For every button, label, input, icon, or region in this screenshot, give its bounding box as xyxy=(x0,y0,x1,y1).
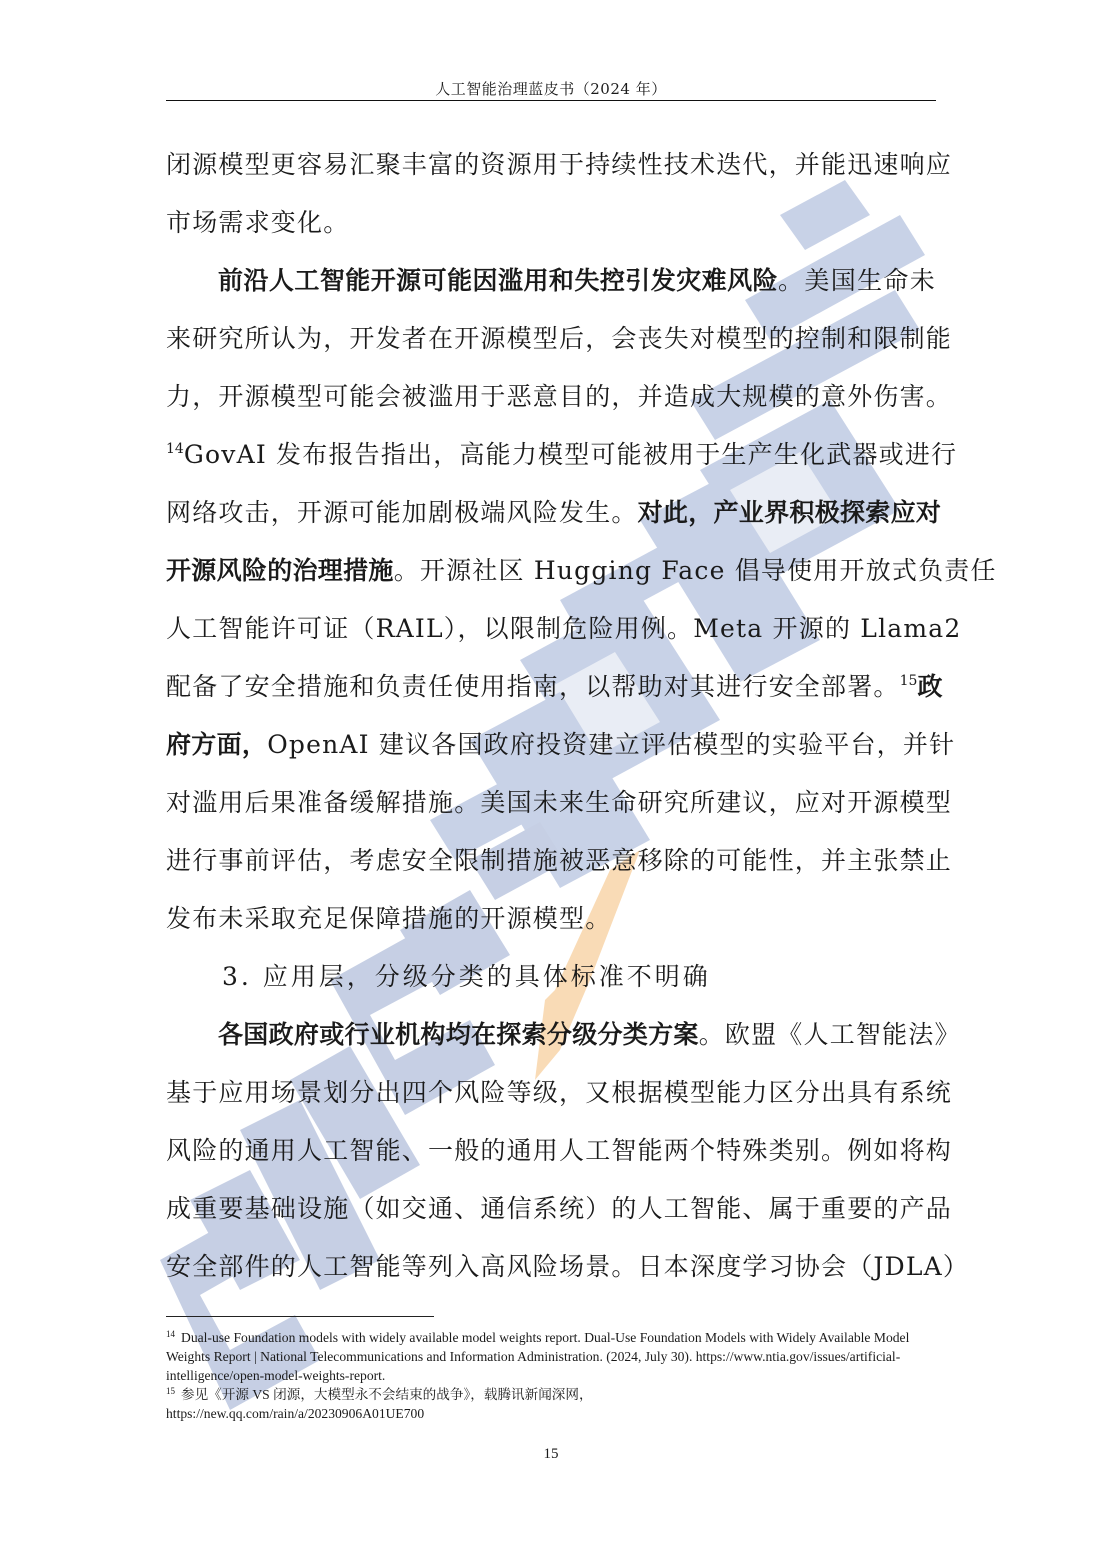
footnote-ref-15[interactable]: 15 xyxy=(900,673,918,689)
footnote-url[interactable]: https://new.qq.com/rain/a/20230906A01UE7… xyxy=(166,1406,424,1421)
bold-lead-sentence: 前沿人工智能开源可能因滥用和失控引发灾难风险 xyxy=(218,266,778,295)
text-span: 配备了安全措施和负责任使用指南，以帮助对其进行安全部署。 xyxy=(166,672,900,701)
text-line: 闭源模型更容易汇聚丰富的资源用于持续性技术迭代，并能迅速响应 xyxy=(166,136,936,194)
running-header: 人工智能治理蓝皮书（2024 年） xyxy=(166,78,936,99)
footnote-number: 14 xyxy=(166,1329,175,1339)
text-span: GovAI 发布报告指出，高能力模型可能被用于生产生化武器或进行 xyxy=(184,440,957,469)
page-number: 15 xyxy=(166,1446,936,1463)
text-line: 来研究所认为，开发者在开源模型后，会丧失对模型的控制和限制能 xyxy=(166,310,936,368)
text-line: 对滥用后果准备缓解措施。美国未来生命研究所建议，应对开源模型 xyxy=(166,774,936,832)
text-line: 基于应用场景划分出四个风险等级，又根据模型能力区分出具有系统 xyxy=(166,1064,936,1122)
text-line: 风险的通用人工智能、一般的通用人工智能两个特殊类别。例如将构 xyxy=(166,1122,936,1180)
footnote-15: 15参见《开源 VS 闭源，大模型永不会结束的战争》，载腾讯新闻深网，https… xyxy=(166,1385,936,1423)
footnote-14: 14Dual-use Foundation models with widely… xyxy=(166,1328,936,1385)
text-line: 各国政府或行业机构均在探索分级分类方案。欧盟《人工智能法》 xyxy=(166,1006,936,1064)
bold-lead-sentence: 政 xyxy=(917,672,942,701)
footnote-number: 15 xyxy=(166,1386,175,1396)
text-span: OpenAI 建议各国政府投资建立评估模型的实验平台，并针 xyxy=(267,730,955,759)
text-line: 进行事前评估，考虑安全限制措施被恶意移除的可能性，并主张禁止 xyxy=(166,832,936,890)
text-line: 14GovAI 发布报告指出，高能力模型可能被用于生产生化武器或进行 xyxy=(166,426,936,484)
text-span: 。开源社区 Hugging Face 倡导使用开放式负责任 xyxy=(394,556,997,585)
text-line: 配备了安全措施和负责任使用指南，以帮助对其进行安全部署。15政 xyxy=(166,658,936,716)
text-line: 成重要基础设施（如交通、通信系统）的人工智能、属于重要的产品 xyxy=(166,1180,936,1238)
text-line: 府方面，OpenAI 建议各国政府投资建立评估模型的实验平台，并针 xyxy=(166,716,936,774)
text-line: 发布未采取充足保障措施的开源模型。 xyxy=(166,890,936,948)
text-span: 。欧盟《人工智能法》 xyxy=(699,1020,961,1049)
footnotes: 14Dual-use Foundation models with widely… xyxy=(166,1328,936,1423)
paragraph-classification: 各国政府或行业机构均在探索分级分类方案。欧盟《人工智能法》 基于应用场景划分出四… xyxy=(166,1006,936,1296)
document-page: 人工智能治理蓝皮书（2024 年） 闭源模型更容易汇聚丰富的资源用于持续性技术迭… xyxy=(0,0,1102,1559)
footnote-text: 参见《开源 VS 闭源，大模型永不会结束的战争》，载腾讯新闻深网， xyxy=(181,1387,593,1402)
text-line: 开源风险的治理措施。开源社区 Hugging Face 倡导使用开放式负责任 xyxy=(166,542,936,600)
text-span: 网络攻击，开源可能加剧极端风险发生。 xyxy=(166,498,638,527)
footnote-ref-14[interactable]: 14 xyxy=(166,441,184,457)
text-line: 人工智能许可证（RAIL），以限制危险用例。Meta 开源的 Llama2 xyxy=(166,600,936,658)
bold-lead-sentence: 对此，产业界积极探索应对 xyxy=(638,498,942,527)
text-line: 市场需求变化。 xyxy=(166,194,936,252)
header-divider xyxy=(166,100,936,101)
text-span: 。美国生命未 xyxy=(778,266,936,295)
body-text: 闭源模型更容易汇聚丰富的资源用于持续性技术迭代，并能迅速响应 市场需求变化。 前… xyxy=(166,136,936,1296)
footnote-text[interactable]: Dual-use Foundation models with widely a… xyxy=(166,1330,909,1383)
text-line: 力，开源模型可能会被滥用于恶意目的，并造成大规模的意外伤害。 xyxy=(166,368,936,426)
paragraph-closed-source: 闭源模型更容易汇聚丰富的资源用于持续性技术迭代，并能迅速响应 市场需求变化。 xyxy=(166,136,936,252)
bold-lead-sentence: 开源风险的治理措施 xyxy=(166,556,394,585)
text-line: 网络攻击，开源可能加剧极端风险发生。对此，产业界积极探索应对 xyxy=(166,484,936,542)
bold-lead-sentence: 各国政府或行业机构均在探索分级分类方案 xyxy=(218,1020,699,1049)
bold-lead-sentence: 府方面， xyxy=(166,730,267,759)
text-line: 安全部件的人工智能等列入高风险场景。日本深度学习协会（JDLA） xyxy=(166,1238,936,1296)
footnote-divider xyxy=(166,1316,434,1317)
text-line: 前沿人工智能开源可能因滥用和失控引发灾难风险。美国生命未 xyxy=(166,252,936,310)
paragraph-open-source-risk: 前沿人工智能开源可能因滥用和失控引发灾难风险。美国生命未 来研究所认为，开发者在… xyxy=(166,252,936,948)
section-heading: 3. 应用层，分级分类的具体标准不明确 xyxy=(166,948,936,1006)
